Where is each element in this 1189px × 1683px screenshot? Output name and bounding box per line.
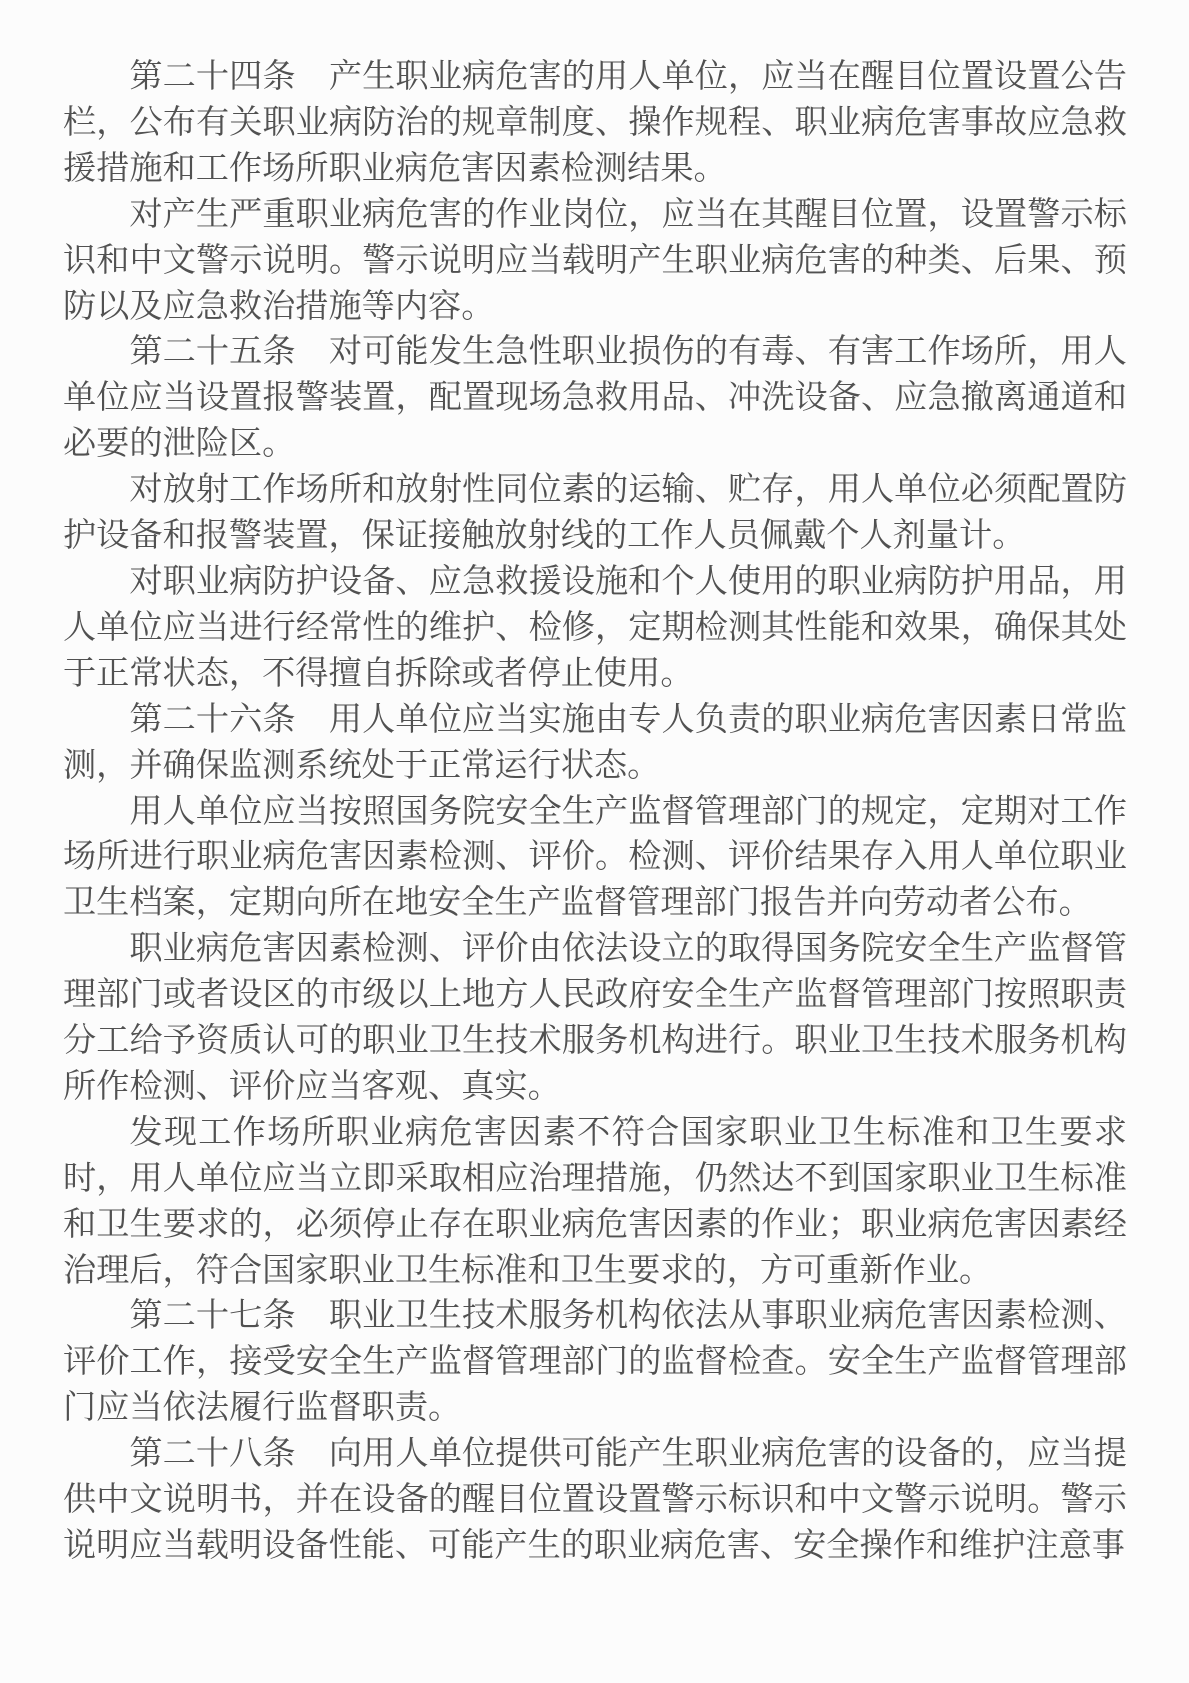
article-24-paragraph-2: 对产生严重职业病危害的作业岗位，应当在其醒目位置，设置警示标识和中文警示说明。警…: [63, 192, 1127, 330]
article-25-paragraph-3: 对职业病防护设备、应急救援设施和个人使用的职业病防护用品，用人单位应当进行经常性…: [63, 559, 1127, 697]
article-26-paragraph-2: 用人单位应当按照国务院安全生产监督管理部门的规定，定期对工作场所进行职业病危害因…: [63, 789, 1127, 927]
document-page: 第二十四条 产生职业病危害的用人单位，应当在醒目位置设置公告栏，公布有关职业病防…: [0, 0, 1189, 1683]
document-text-block: 第二十四条 产生职业病危害的用人单位，应当在醒目位置设置公告栏，公布有关职业病防…: [63, 54, 1127, 1569]
article-24-paragraph-1: 第二十四条 产生职业病危害的用人单位，应当在醒目位置设置公告栏，公布有关职业病防…: [63, 54, 1127, 192]
article-26-paragraph-4: 发现工作场所职业病危害因素不符合国家职业卫生标准和卫生要求时，用人单位应当立即采…: [63, 1110, 1127, 1294]
article-26-paragraph-3: 职业病危害因素检测、评价由依法设立的取得国务院安全生产监督管理部门或者设区的市级…: [63, 926, 1127, 1110]
article-25-paragraph-1: 第二十五条 对可能发生急性职业损伤的有毒、有害工作场所，用人单位应当设置报警装置…: [63, 329, 1127, 467]
article-27-paragraph-1: 第二十七条 职业卫生技术服务机构依法从事职业病危害因素检测、评价工作，接受安全生…: [63, 1293, 1127, 1431]
article-26-paragraph-1: 第二十六条 用人单位应当实施由专人负责的职业病危害因素日常监测，并确保监测系统处…: [63, 697, 1127, 789]
article-28-paragraph-1: 第二十八条 向用人单位提供可能产生职业病危害的设备的，应当提供中文说明书，并在设…: [63, 1431, 1127, 1569]
article-25-paragraph-2: 对放射工作场所和放射性同位素的运输、贮存，用人单位必须配置防护设备和报警装置，保…: [63, 467, 1127, 559]
